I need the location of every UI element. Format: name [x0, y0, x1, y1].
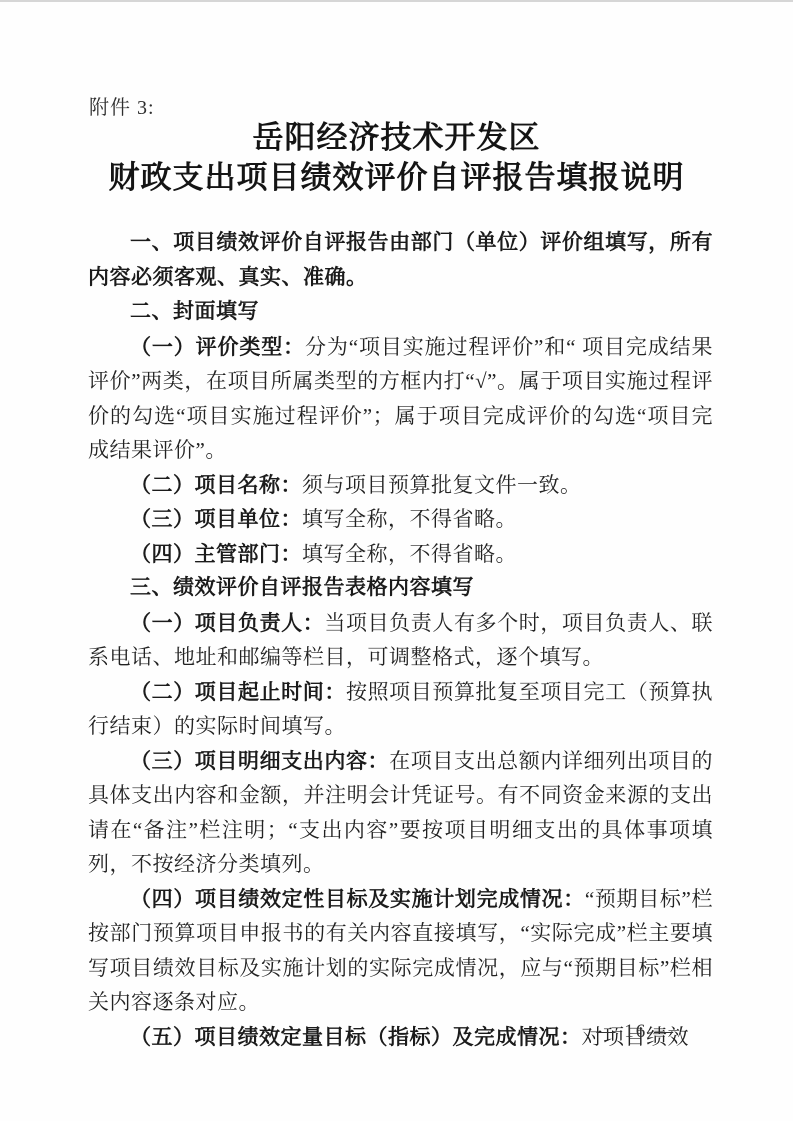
clause-paragraph: （四）项目绩效定性目标及实施计划完成情况：“预期目标”栏按部门预算项目申报书的有…	[88, 882, 713, 1020]
scan-artifact-line	[0, 0, 793, 2]
section-heading: 二、封面填写	[88, 295, 713, 330]
clause-label: （二）项目起止时间：	[130, 680, 346, 704]
document-title: 岳阳经济技术开发区 财政支出项目绩效评价自评报告填报说明	[0, 118, 793, 198]
clause-paragraph: （四）主管部门：填写全称，不得省略。	[88, 537, 713, 572]
document-page: 附件 3: 岳阳经济技术开发区 财政支出项目绩效评价自评报告填报说明 一、项目绩…	[0, 0, 793, 1121]
clause-paragraph: （一）评价类型：分为“项目实施过程评价”和“ 项目完成结果评价”两类，在项目所属…	[88, 330, 713, 468]
clause-text: 须与项目预算批复文件一致。	[302, 473, 582, 497]
heading-text: 一、项目绩效评价自评报告由部门（单位）评价组填写，所有内容必须客观、真实、准确。	[88, 231, 713, 289]
clause-label: （一）项目负责人：	[130, 611, 324, 635]
clause-paragraph: （一）项目负责人：当项目负责人有多个时，项目负责人、联系电话、地址和邮编等栏目，…	[88, 606, 713, 675]
clause-text: 填写全称，不得省略。	[302, 507, 517, 531]
page-number: — 16 —	[597, 1021, 676, 1043]
heading-text: 三、绩效评价自评报告表格内容填写	[130, 576, 474, 599]
clause-label: （三）项目单位：	[130, 507, 302, 531]
section-heading: 三、绩效评价自评报告表格内容填写	[88, 571, 713, 606]
clause-label: （四）项目绩效定性目标及实施计划完成情况：	[130, 887, 585, 911]
clause-label: （一）评价类型：	[130, 335, 305, 359]
clause-paragraph: （三）项目单位：填写全称，不得省略。	[88, 502, 713, 537]
clause-label: （三）项目明细支出内容：	[130, 749, 389, 773]
document-title-line-2: 财政支出项目绩效评价自评报告填报说明	[0, 158, 793, 198]
document-title-line-1: 岳阳经济技术开发区	[0, 118, 793, 158]
clause-label: （四）主管部门：	[130, 542, 302, 566]
clause-label: （二）项目名称：	[130, 473, 302, 497]
section-heading: 一、项目绩效评价自评报告由部门（单位）评价组填写，所有内容必须客观、真实、准确。	[88, 226, 713, 295]
heading-text: 二、封面填写	[130, 300, 259, 323]
clause-text: 填写全称，不得省略。	[302, 542, 517, 566]
attachment-label: 附件 3:	[89, 91, 155, 120]
clause-label: （五）项目绩效定量目标（指标）及完成情况：	[130, 1025, 582, 1049]
document-body: 一、项目绩效评价自评报告由部门（单位）评价组填写，所有内容必须客观、真实、准确。…	[88, 226, 713, 1054]
clause-paragraph: （二）项目起止时间：按照项目预算批复至项目完工（预算执行结束）的实际时间填写。	[88, 675, 713, 744]
clause-paragraph: （二）项目名称：须与项目预算批复文件一致。	[88, 468, 713, 503]
clause-paragraph: （三）项目明细支出内容：在项目支出总额内详细列出项目的具体支出内容和金额，并注明…	[88, 744, 713, 882]
